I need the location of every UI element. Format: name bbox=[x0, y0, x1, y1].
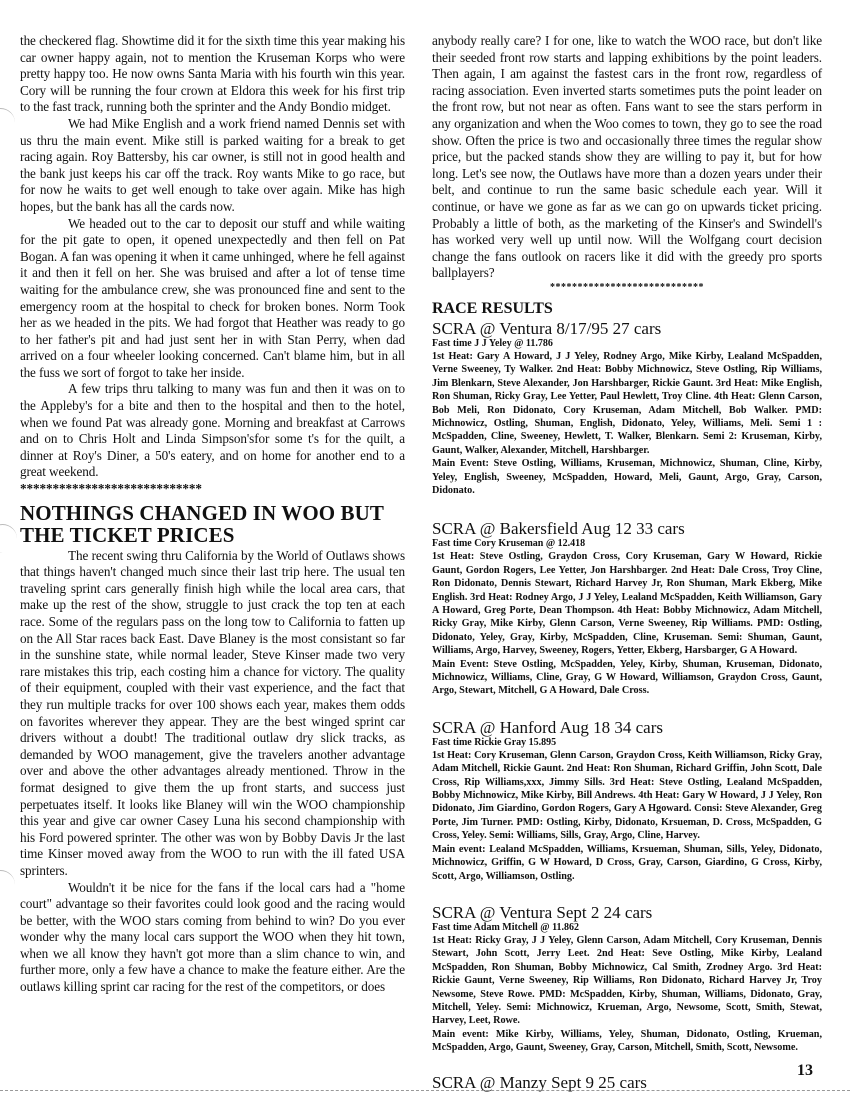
right-column: anybody really care? I for one, like to … bbox=[432, 33, 822, 1092]
paragraph: anybody really care? I for one, like to … bbox=[432, 33, 822, 282]
left-column: the checkered flag. Showtime did it for … bbox=[20, 33, 405, 996]
race-result: SCRA @ Ventura Sept 2 24 cars Fast time … bbox=[432, 903, 822, 1055]
race-result: SCRA @ Bakersfield Aug 12 33 cars Fast t… bbox=[432, 519, 822, 697]
race-result: SCRA @ Manzy Sept 9 25 cars bbox=[432, 1073, 822, 1092]
fast-time: Fast time Adam Mitchell @ 11.862 bbox=[432, 922, 822, 934]
paragraph: A few trips thru talking to many was fun… bbox=[20, 381, 405, 481]
fast-time: Fast time J J Yeley @ 11.786 bbox=[432, 338, 822, 350]
heat-results: 1st Heat: Cory Kruseman, Glenn Carson, G… bbox=[432, 749, 822, 843]
paragraph: The recent swing thru California by the … bbox=[20, 548, 405, 880]
page-number: 13 bbox=[797, 1062, 813, 1080]
paragraph: We headed out to the car to deposit our … bbox=[20, 216, 405, 382]
race-heading: SCRA @ Hanford Aug 18 34 cars bbox=[432, 718, 822, 737]
section-title: RACE RESULTS bbox=[432, 300, 822, 318]
punch-hole-mark bbox=[0, 108, 15, 137]
main-event: Main Event: Steve Ostling, McSpadden, Ye… bbox=[432, 658, 822, 698]
race-result: SCRA @ Ventura 8/17/95 27 cars Fast time… bbox=[432, 319, 822, 497]
article-headline: NOTHINGS CHANGED IN WOO BUT THE TICKET P… bbox=[20, 502, 405, 546]
race-heading: SCRA @ Ventura 8/17/95 27 cars bbox=[432, 319, 822, 338]
separator: **************************** bbox=[432, 282, 822, 294]
paragraph: We had Mike English and a work friend na… bbox=[20, 116, 405, 216]
fast-time: Fast time Cory Kruseman @ 12.418 bbox=[432, 538, 822, 550]
heat-results: 1st Heat: Gary A Howard, J J Yeley, Rodn… bbox=[432, 350, 822, 457]
race-heading: SCRA @ Ventura Sept 2 24 cars bbox=[432, 903, 822, 922]
race-heading: SCRA @ Manzy Sept 9 25 cars bbox=[432, 1073, 822, 1092]
main-event: Main Event: Steve Ostling, Williams, Kru… bbox=[432, 457, 822, 497]
heat-results: 1st Heat: Ricky Gray, J J Yeley, Glenn C… bbox=[432, 934, 822, 1028]
main-event: Main event: Mike Kirby, Williams, Yeley,… bbox=[432, 1028, 822, 1055]
fast-time: Fast time Rickie Gray 15.895 bbox=[432, 737, 822, 749]
main-event: Main event: Lealand McSpadden, Williams,… bbox=[432, 843, 822, 883]
bottom-rule bbox=[0, 1090, 850, 1091]
race-heading: SCRA @ Bakersfield Aug 12 33 cars bbox=[432, 519, 822, 538]
punch-hole-mark bbox=[0, 524, 17, 553]
heat-results: 1st Heat: Steve Ostling, Graydon Cross, … bbox=[432, 550, 822, 657]
race-result: SCRA @ Hanford Aug 18 34 cars Fast time … bbox=[432, 718, 822, 883]
punch-hole-mark bbox=[0, 870, 15, 899]
paragraph: Wouldn't it be nice for the fans if the … bbox=[20, 880, 405, 996]
paragraph: the checkered flag. Showtime did it for … bbox=[20, 33, 405, 116]
separator: **************************** bbox=[20, 481, 405, 498]
